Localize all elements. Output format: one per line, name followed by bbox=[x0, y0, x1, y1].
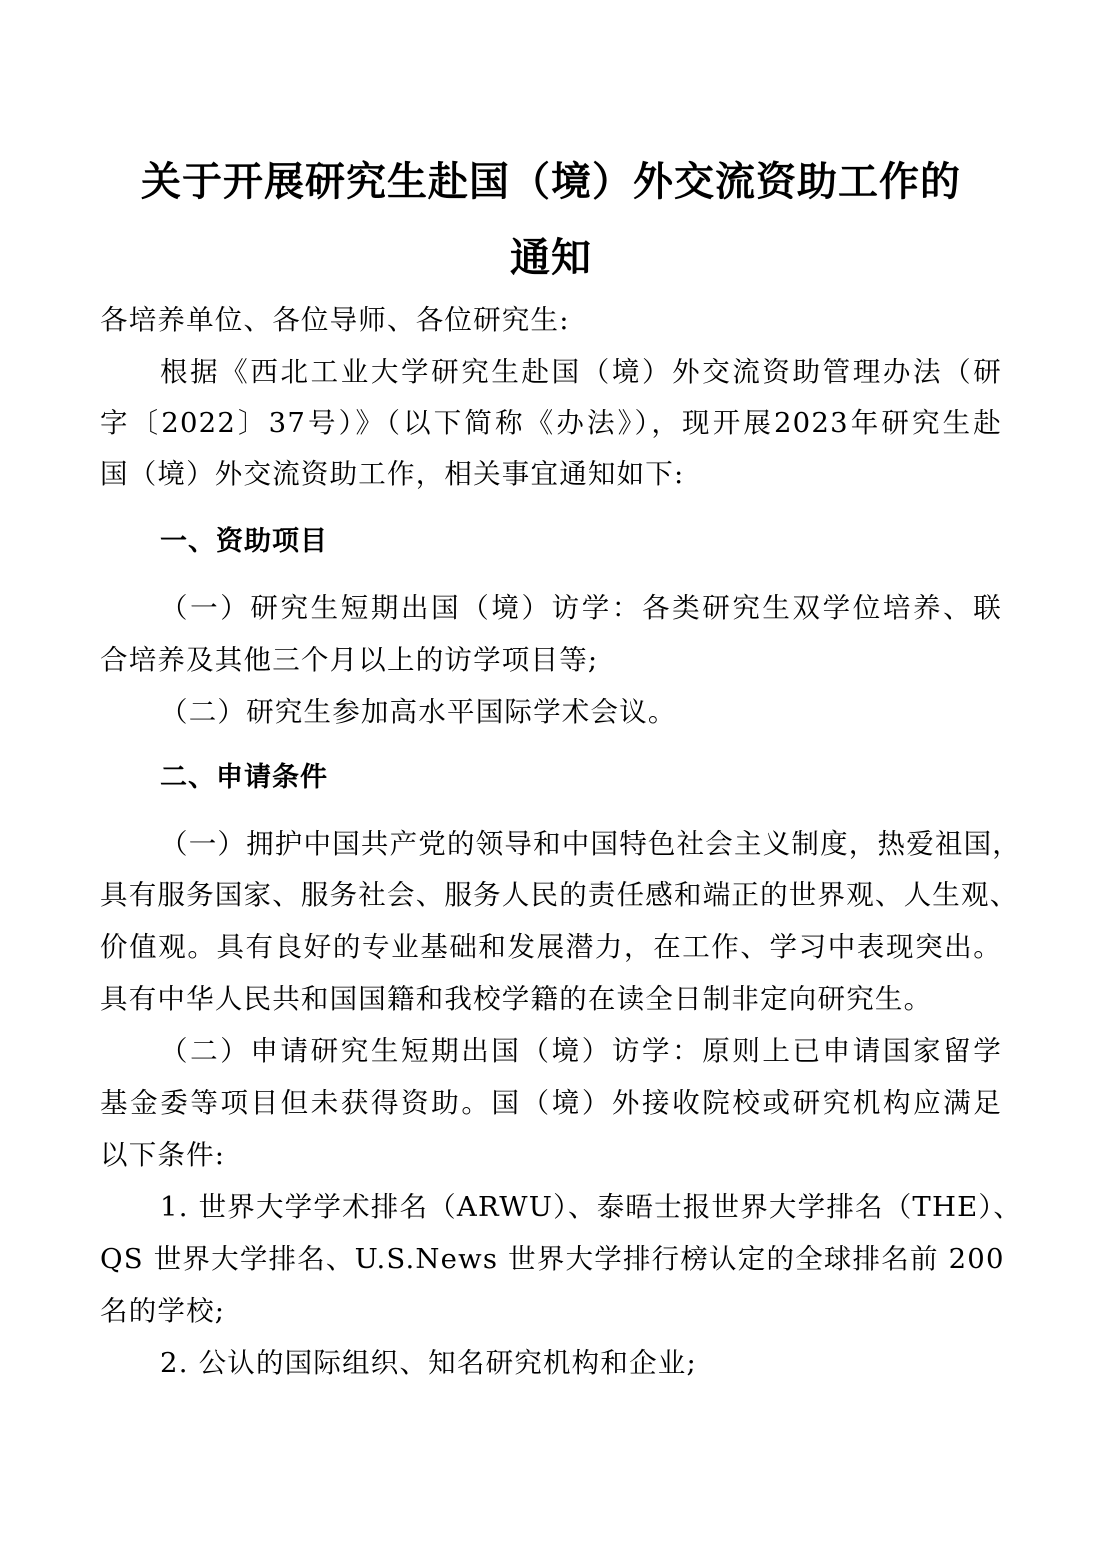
criterion-1-line-3: 名的学校; bbox=[100, 1293, 1002, 1329]
intro-line-2: 字〔2022〕37号）》（以下简称《办法》），现开展2023年研究生赴 bbox=[100, 405, 1002, 441]
funding-item-2-line-1: （二）研究生参加高水平国际学术会议。 bbox=[160, 694, 1002, 730]
document-title-line-1: 关于开展研究生赴国（境）外交流资助工作的 bbox=[0, 158, 1102, 206]
eligibility-1-line-4: 具有中华人民共和国国籍和我校学籍的在读全日制非定向研究生。 bbox=[100, 981, 1002, 1017]
intro-line-3: 国（境）外交流资助工作，相关事宜通知如下: bbox=[100, 456, 1002, 492]
eligibility-1-line-3: 价值观。具有良好的专业基础和发展潜力，在工作、学习中表现突出。 bbox=[100, 929, 1002, 965]
criterion-2-line-1: 2. 公认的国际组织、知名研究机构和企业; bbox=[160, 1345, 1002, 1381]
criterion-1-line-2: QS 世界大学排名、U.S.News 世界大学排行榜认定的全球排名前 200 bbox=[100, 1241, 1002, 1277]
eligibility-2-line-3: 以下条件: bbox=[100, 1137, 1002, 1173]
section-heading-funding-items: 一、资助项目 bbox=[160, 524, 328, 560]
criterion-1-line-1: 1. 世界大学学术排名（ARWU）、泰晤士报世界大学排名（THE）、 bbox=[160, 1189, 1002, 1225]
salutation: 各培养单位、各位导师、各位研究生: bbox=[100, 302, 1002, 338]
document-page: 关于开展研究生赴国（境）外交流资助工作的 通知 各培养单位、各位导师、各位研究生… bbox=[0, 0, 1102, 1559]
eligibility-1-line-1: （一）拥护中国共产党的领导和中国特色社会主义制度，热爱祖国， bbox=[160, 826, 1002, 862]
intro-line-1: 根据《西北工业大学研究生赴国（境）外交流资助管理办法（研 bbox=[160, 354, 1002, 390]
funding-item-1-line-2: 合培养及其他三个月以上的访学项目等; bbox=[100, 642, 1002, 678]
document-title-line-2: 通知 bbox=[0, 234, 1102, 282]
eligibility-1-line-2: 具有服务国家、服务社会、服务人民的责任感和端正的世界观、人生观、 bbox=[100, 877, 1002, 913]
funding-item-1-line-1: （一）研究生短期出国（境）访学：各类研究生双学位培养、联 bbox=[160, 590, 1002, 626]
eligibility-2-line-2: 基金委等项目但未获得资助。国（境）外接收院校或研究机构应满足 bbox=[100, 1085, 1002, 1121]
eligibility-2-line-1: （二）申请研究生短期出国（境）访学：原则上已申请国家留学 bbox=[160, 1033, 1002, 1069]
section-heading-eligibility: 二、申请条件 bbox=[160, 760, 328, 796]
